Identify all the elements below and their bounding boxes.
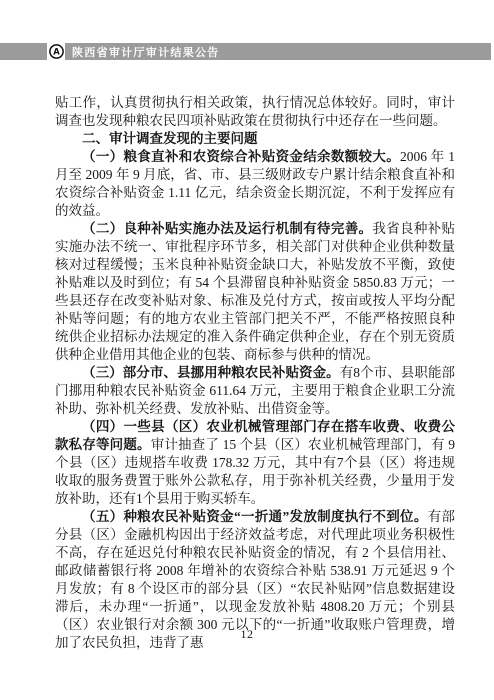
svg-text:A: A	[53, 47, 60, 57]
paragraph-1-lead: （一）粮食直补和农资综合补贴资金结余数额较大。	[82, 149, 400, 164]
document-body: 贴工作，认真贯彻执行相关政策，执行情况总体较好。同时，审计调查也发现种粮农民四项…	[55, 94, 455, 652]
document-page: A 陕西省审计厅审计结果公告 贴工作，认真贯彻执行相关政策，执行情况总体较好。同…	[0, 0, 494, 700]
header-bar-main-segment: 陕西省审计厅审计结果公告	[65, 43, 491, 60]
section-heading: 二、审计调查发现的主要问题	[55, 130, 455, 148]
page-number: 12	[0, 627, 494, 642]
header-title: 陕西省审计厅审计结果公告	[65, 44, 220, 60]
paragraph-4: （四）一些县（区）农业机械管理部门存在搭车收费、收费公款私存等问题。审计抽查了 …	[55, 418, 455, 508]
paragraph-5-lead: （五）种粮农民补贴资金“一折通”发放制度执行不到位。	[82, 509, 428, 524]
paragraph-2: （二）良种补贴实施办法及运行机制有待完善。我省良种补贴实施办法不统一、审批程序环…	[55, 220, 455, 364]
header-banner: A 陕西省审计厅审计结果公告	[0, 43, 491, 60]
audit-circle-a-logo-icon: A	[49, 44, 64, 59]
paragraph-3: （三）部分市、县挪用种粮农民补贴资金。有8个市、县职能部门挪用种粮农民补贴资金 …	[55, 364, 455, 418]
paragraph-2-lead: （二）良种补贴实施办法及运行机制有待完善。	[82, 221, 372, 236]
paragraph-1: （一）粮食直补和农资综合补贴资金结余数额较大。2006 年 1 月至 2009 …	[55, 148, 455, 220]
header-bar-left-segment	[0, 43, 47, 60]
audit-logo-box: A	[47, 43, 65, 60]
paragraph-2-body: 我省良种补贴实施办法不统一、审批程序环节多，相关部门对供种企业供种数量核对过程缓…	[55, 221, 455, 362]
paragraph-3-lead: （三）部分市、县挪用种粮农民补贴资金。	[82, 365, 340, 380]
continued-paragraph: 贴工作，认真贯彻执行相关政策，执行情况总体较好。同时，审计调查也发现种粮农民四项…	[55, 94, 455, 130]
